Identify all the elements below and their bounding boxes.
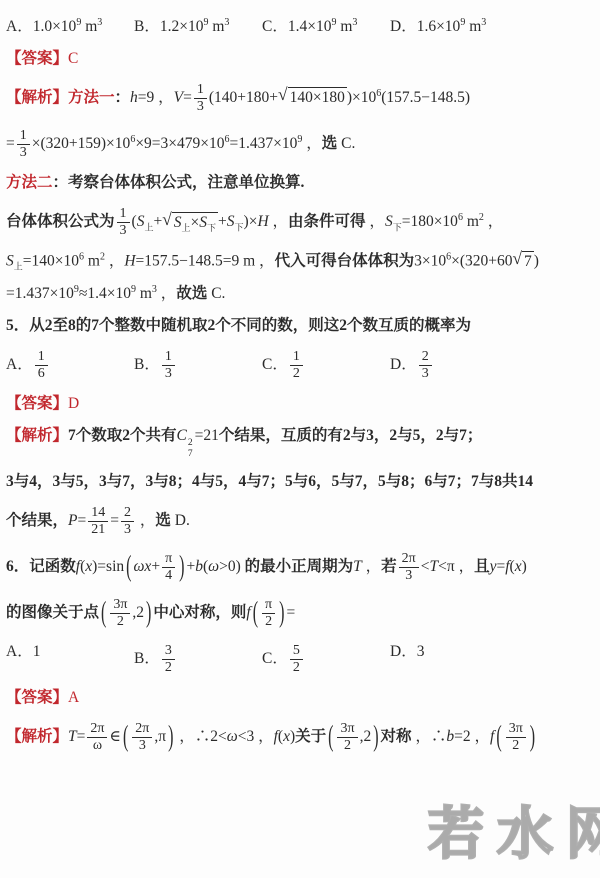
math-variable: S [6, 253, 14, 270]
numerator: 5 [290, 643, 303, 660]
numerator: 2 [419, 349, 432, 366]
text: = [496, 558, 505, 575]
analysis-4-line2: =13×(320+159)×106×9=3×479×106=1.437×109 … [6, 127, 592, 162]
fraction: 2π3 [399, 551, 419, 584]
option-D: D．3 [390, 642, 424, 677]
text: ， [302, 135, 321, 152]
text: ,2 [132, 604, 144, 621]
text: ，∴ [412, 728, 447, 745]
fraction: 32 [162, 643, 175, 676]
fraction: π4 [162, 551, 175, 584]
text: ×(320+159)×10 [32, 135, 131, 152]
radical-icon: √ [512, 250, 522, 267]
fraction: 13 [194, 82, 207, 115]
big-paren: ) [179, 547, 184, 587]
denominator: 4 [162, 568, 175, 584]
question-6-line2: 的图像关于点(3π2,2)中心对称，则f(π2)= [6, 596, 592, 631]
numerator: 14 [88, 505, 108, 522]
big-paren: ( [496, 718, 501, 758]
big-paren: ) [146, 594, 151, 634]
text-bold: 6．记函数 [6, 558, 76, 575]
text: < [421, 558, 430, 575]
math-variable: H [124, 253, 135, 270]
text: C. [337, 135, 355, 152]
text: 3×10 [414, 253, 446, 270]
option-D: D．23 [390, 348, 434, 383]
text: C．1.4×10 [262, 18, 331, 35]
text: m [136, 285, 152, 302]
text: ,2 [360, 728, 372, 745]
numerator: 1 [162, 349, 175, 366]
denominator: 3 [17, 145, 30, 161]
text: = [183, 89, 192, 106]
denominator: 3 [162, 366, 175, 382]
math-variable: V [174, 89, 183, 106]
denominator: 2 [262, 614, 275, 630]
option-C: C．52 [262, 642, 390, 677]
numerator: 1 [17, 128, 30, 145]
text: <π ， [438, 558, 474, 575]
fraction: 3π2 [337, 721, 357, 754]
math-variable: x [515, 558, 522, 575]
text: )×10 [347, 89, 376, 106]
text: = [77, 512, 86, 529]
option-A: A．1.0×109 m3 [6, 17, 134, 38]
text: =9 ， [138, 89, 174, 106]
math-variable: ω [133, 558, 144, 575]
denominator: 3 [136, 738, 149, 754]
math-variable: x [283, 728, 290, 745]
numerator: 2 [121, 505, 134, 522]
text-bold: ：考察台体体积公式，注意单位换算. [53, 174, 305, 191]
denominator: 3 [121, 522, 134, 538]
text: m [336, 18, 352, 35]
text: ， [136, 512, 155, 529]
option-A: A．16 [6, 348, 134, 383]
text-bold: 7个数取2个共有 [68, 427, 177, 444]
text: (140+180+ [209, 89, 278, 106]
option-D: D．1.6×109 m3 [390, 17, 486, 38]
option-C: C．12 [262, 348, 390, 383]
denominator: 2 [290, 366, 303, 382]
big-paren: ) [373, 718, 378, 758]
fraction: 23 [121, 505, 134, 538]
denominator: 6 [35, 366, 48, 382]
text: D．1.6×10 [390, 18, 460, 35]
text: =157.5−148.5=9 m ， [136, 253, 275, 270]
radical-icon: √ [278, 86, 288, 103]
fraction: 16 [35, 349, 48, 382]
text: ，∴2< [175, 728, 226, 745]
denominator: 21 [88, 522, 108, 538]
superscript: 3 [97, 17, 102, 28]
question-4-options: A．1.0×109 m3B．1.2×109 m3C．1.4×109 m3D．1.… [6, 17, 592, 38]
text: + [153, 213, 162, 230]
option-B: B．32 [134, 642, 262, 677]
text: C. [207, 285, 225, 302]
red-label: 【解析】 [6, 728, 68, 745]
fraction: 12 [290, 349, 303, 382]
math-variable: S [227, 213, 235, 230]
text: A． [6, 356, 33, 373]
text: =180×10 [402, 213, 458, 230]
text: 140×180 [290, 89, 345, 106]
denominator: 2 [509, 738, 522, 754]
question-6-line1: 6．记函数f(x)=sin(ωx+π4)+b(ω>0) 的最小正周期为T ，若2… [6, 550, 592, 585]
text: + [186, 558, 195, 575]
numerator: 3 [162, 643, 175, 660]
numerator: 1 [194, 82, 207, 99]
numerator: 2π [132, 721, 152, 738]
text: ， [366, 213, 385, 230]
big-paren: ( [328, 718, 333, 758]
text: >0) [219, 558, 245, 575]
text: =1.437×10 [230, 135, 298, 152]
subscript: 上 [14, 262, 23, 272]
denominator: 2 [162, 660, 175, 676]
superscript: 3 [352, 17, 357, 28]
text: =1.437×10 [6, 285, 74, 302]
frustum-result-line: =1.437×109≈1.4×109 m3 ，故选 C. [6, 284, 592, 305]
text: D. [171, 512, 190, 529]
text: ， [362, 558, 381, 575]
red-label: 【解析】 [6, 89, 68, 106]
text: )× [244, 213, 258, 230]
math-variable: b [195, 558, 203, 575]
text: A．1 [6, 643, 40, 660]
answer-5: 【答案】D [6, 394, 592, 415]
text: + [151, 558, 160, 575]
answer-4: 【答案】C [6, 49, 592, 70]
text-bold: 且 [474, 558, 490, 575]
question-5-options: A．16B．13C．12D．23 [6, 348, 592, 383]
subscript: 7 [188, 449, 193, 460]
answer-letter: D [68, 395, 79, 412]
math-variable: b [446, 728, 454, 745]
square-root: √7 [512, 251, 533, 273]
text: ， [105, 253, 124, 270]
option-C: C．1.4×109 m3 [262, 17, 390, 38]
numerator: 3π [337, 721, 357, 738]
text: ∈ [109, 728, 120, 745]
text: =21 [195, 427, 219, 444]
fraction: 2π3 [132, 721, 152, 754]
math-variable: T [353, 558, 362, 575]
denominator: 3 [402, 568, 415, 584]
text: <3 ， [238, 728, 274, 745]
text: m [465, 18, 481, 35]
text: =2 ， [454, 728, 490, 745]
denominator: 3 [194, 99, 207, 115]
text: ,π [154, 728, 166, 745]
denominator: 2 [114, 614, 127, 630]
text: × [191, 214, 200, 231]
red-label: 【答案】 [6, 50, 68, 67]
method2-heading: 方法二：考察台体体积公式，注意单位换算. [6, 173, 592, 194]
text-bold: 个结果，互质的有2与3，2与5，2与7； [219, 427, 483, 444]
radicand: S上×S下 [172, 212, 218, 234]
text: =140×10 [23, 253, 79, 270]
denominator: ω [90, 738, 105, 754]
text: m [208, 18, 224, 35]
superscript: 2 [188, 438, 193, 449]
analysis-5-line3: 个结果，P=1421=23 ，选 D. [6, 504, 592, 539]
radicand: 7 [522, 251, 534, 273]
fraction: 2πω [87, 721, 107, 754]
fraction: 13 [117, 206, 130, 239]
math-variable: T [68, 728, 77, 745]
text: ， [484, 213, 503, 230]
text-bold: 的图像关于点 [6, 604, 99, 621]
answer-6: 【答案】A [6, 688, 592, 709]
subscript: 下 [393, 222, 402, 232]
text-bold: 个结果， [6, 512, 68, 529]
math-variable: h [130, 89, 138, 106]
text: m [84, 253, 100, 270]
math-variable: H [257, 213, 268, 230]
denominator: 2 [341, 738, 354, 754]
red-label: 方法一 [68, 89, 115, 106]
text: D．3 [390, 643, 424, 660]
big-paren: ( [126, 547, 131, 587]
text-bold: 3与4，3与5，3与7，3与8；4与5，4与7；5与6，5与7，5与8；6与7；… [6, 473, 533, 490]
text: ， [157, 285, 176, 302]
red-label: 【解析】 [6, 427, 68, 444]
text-bold: 选 [322, 135, 338, 152]
numerator: π [262, 597, 275, 614]
fraction: 3π2 [110, 597, 130, 630]
text: ， [269, 213, 288, 230]
text: = [110, 512, 119, 529]
numerator: 2π [87, 721, 107, 738]
fraction: 13 [17, 128, 30, 161]
square-root: √140×180 [278, 87, 347, 109]
numerator: 1 [117, 206, 130, 223]
text: (157.5−148.5) [381, 89, 470, 106]
frustum-formula-line: 台体体积公式为13(S上+√S上×S下+S下)×H ，由条件可得 ，S下=180… [6, 205, 592, 240]
answer-letter: A [68, 689, 79, 706]
text: D． [390, 356, 417, 373]
numerator: 1 [290, 349, 303, 366]
radical-icon: √ [162, 211, 172, 228]
text: ) [522, 558, 527, 575]
big-paren: ( [253, 594, 258, 634]
fraction: 13 [162, 349, 175, 382]
math-variable: f [490, 728, 494, 745]
analysis-4-method1: 【解析】方法一：h=9 ，V=13(140+180+√140×180)×106(… [6, 81, 592, 116]
math-variable: ω [227, 728, 238, 745]
fraction: 3π2 [506, 721, 526, 754]
text: m [463, 213, 479, 230]
denominator: 2 [290, 660, 303, 676]
text: C． [262, 650, 288, 667]
text-bold: 关于 [295, 728, 326, 745]
numerator: 1 [35, 349, 48, 366]
text: m [81, 18, 97, 35]
fraction: π2 [262, 597, 275, 630]
text: = [286, 604, 295, 621]
denominator: 3 [117, 223, 130, 239]
text-bold: 故选 [176, 285, 207, 302]
text: B． [134, 650, 160, 667]
square-root: √S上×S下 [162, 212, 218, 234]
document-page: A．1.0×109 m3B．1.2×109 m3C．1.4×109 m3D．1.… [0, 0, 600, 756]
math-variable: f [246, 604, 250, 621]
text-bold: ： [115, 89, 131, 106]
analysis-5-line2: 3与4，3与5，3与7，3与8；4与5，4与7；5与6，5与7，5与8；6与7；… [6, 472, 592, 493]
numerator: 3π [506, 721, 526, 738]
text: ×9=3×479×10 [135, 135, 224, 152]
watermark-char-3: 网 [566, 806, 600, 862]
math-variable: T [430, 558, 439, 575]
big-paren: ) [530, 718, 535, 758]
option-A: A．1 [6, 642, 134, 677]
frustum-values-line: S上=140×106 m2 ，H=157.5−148.5=9 m ，代入可得台体… [6, 251, 592, 273]
combination-subsup: 27 [188, 438, 193, 461]
subscript: 下 [207, 223, 216, 233]
red-label: 【答案】 [6, 689, 68, 706]
text-bold: 的最小正周期为 [245, 558, 354, 575]
red-label: 【答案】 [6, 395, 68, 412]
subscript: 下 [235, 222, 244, 232]
text: )=sin [92, 558, 124, 575]
big-paren: ) [279, 594, 284, 634]
text-bold: 5．从2至8的7个整数中随机取2个不同的数，则这2个数互质的概率为 [6, 317, 471, 334]
numerator: 3π [110, 597, 130, 614]
numerator: 2π [399, 551, 419, 568]
radicand: 140×180 [288, 87, 347, 109]
fraction: 23 [419, 349, 432, 382]
text: ) [534, 253, 539, 270]
analysis-5-line1: 【解析】7个数取2个共有C27=21个结果，互质的有2与3，2与5，2与7； [6, 426, 592, 461]
watermark-char-1: 若 [428, 806, 484, 862]
text: B．1.2×10 [134, 18, 203, 35]
math-variable: S [199, 214, 207, 231]
numerator: π [162, 551, 175, 568]
text-bold: 代入可得台体体积为 [275, 253, 415, 270]
fraction: 1421 [88, 505, 108, 538]
text-bold: 由条件可得 [288, 213, 366, 230]
option-B: B．13 [134, 348, 262, 383]
big-paren: ( [101, 594, 106, 634]
math-variable: C [177, 427, 187, 444]
big-paren: ) [168, 718, 173, 758]
text: A．1.0×10 [6, 18, 76, 35]
text-bold: 若 [381, 558, 397, 575]
red-label: 方法二 [6, 174, 53, 191]
superscript: 3 [481, 17, 486, 28]
text: 7 [524, 253, 532, 270]
text: = [6, 135, 15, 152]
analysis-6: 【解析】T=2πω∈(2π3,π) ，∴2<ω<3 ，f(x)关于(3π2,2)… [6, 720, 592, 755]
text: ×(320+60 [451, 253, 512, 270]
text-bold: 中心对称，则 [153, 604, 246, 621]
superscript: 3 [224, 17, 229, 28]
text-bold: 对称 [381, 728, 412, 745]
text: ≈1.4×10 [79, 285, 131, 302]
big-paren: ( [123, 718, 128, 758]
text: + [218, 213, 227, 230]
text: = [77, 728, 86, 745]
denominator: 3 [419, 366, 432, 382]
watermark: 若 水 网 [428, 806, 600, 862]
text: B． [134, 356, 160, 373]
option-B: B．1.2×109 m3 [134, 17, 262, 38]
math-variable: ω [208, 558, 219, 575]
answer-letter: C [68, 50, 78, 67]
text-bold: 选 [155, 512, 171, 529]
question-6-options: A．1B．32C．52D．3 [6, 642, 592, 677]
watermark-char-2: 水 [497, 806, 553, 862]
question-5: 5．从2至8的7个整数中随机取2个不同的数，则这2个数互质的概率为 [6, 316, 592, 337]
fraction: 52 [290, 643, 303, 676]
text-bold: 台体体积公式为 [6, 213, 115, 230]
math-variable: S [385, 213, 393, 230]
subscript: 上 [181, 223, 190, 233]
text: C． [262, 356, 288, 373]
